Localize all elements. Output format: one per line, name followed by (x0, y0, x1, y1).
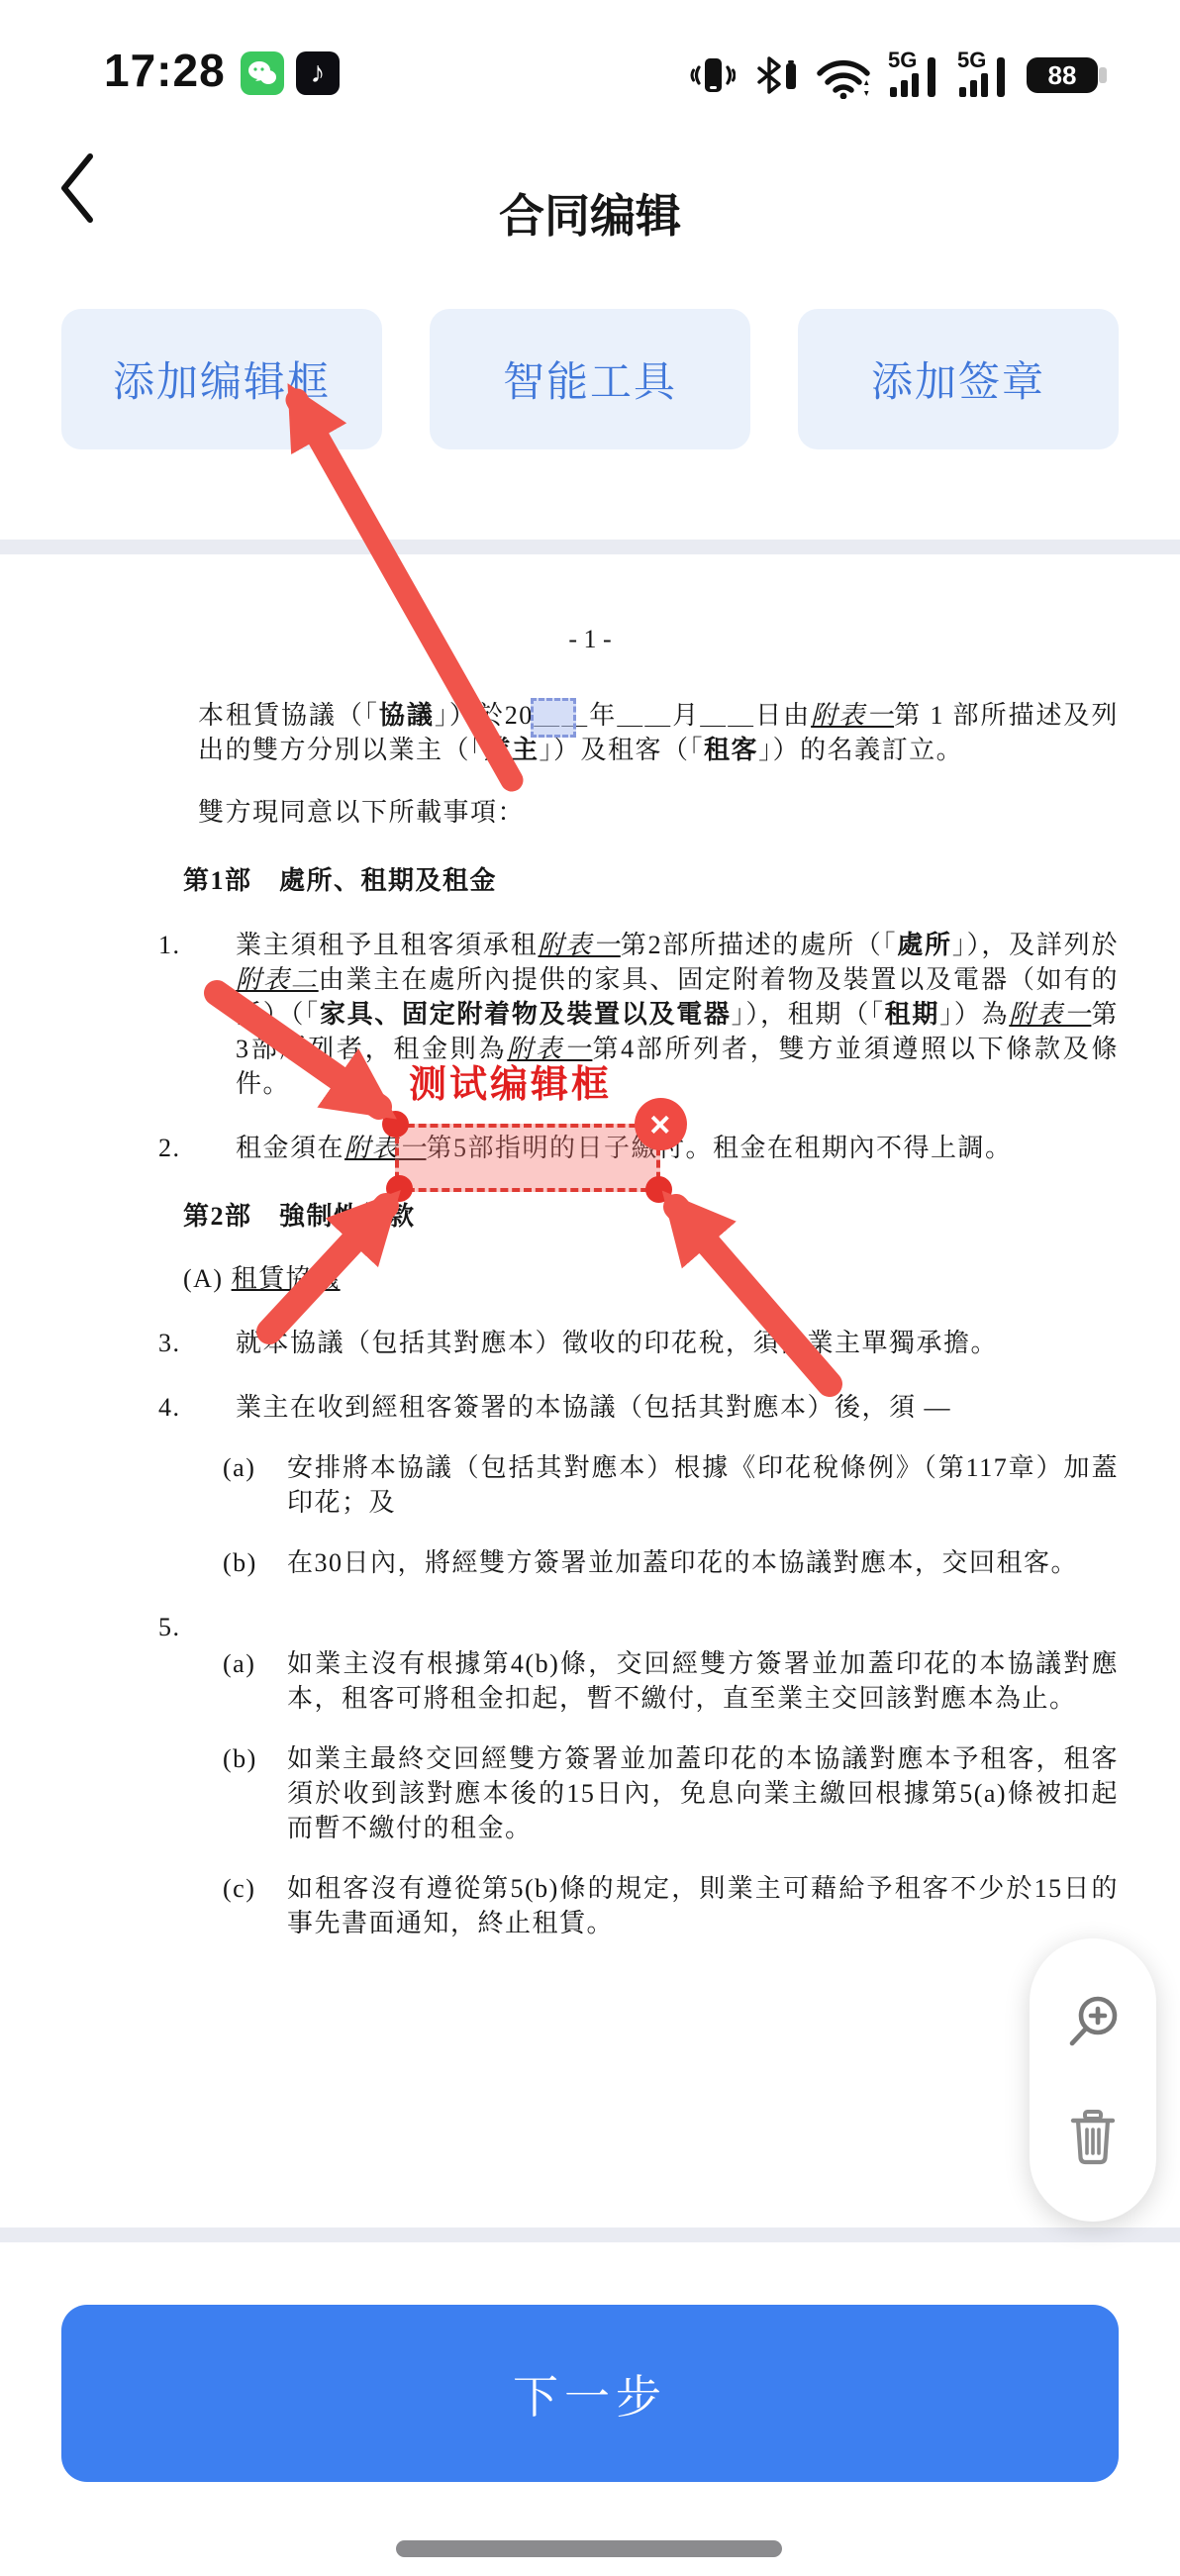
bluetooth-icon (749, 53, 799, 97)
battery-percent: 88 (1048, 60, 1077, 91)
doc-text-segment: 」），租期（「 (732, 1000, 885, 1029)
doc-paragraph: 5. (158, 1610, 1119, 1644)
doc-paragraph: 3.就本協議（包括其對應本）徵收的印花稅，須由業主單獨承擔。 (158, 1326, 1119, 1360)
status-bar: 17:28 ♪ (0, 0, 1180, 109)
doc-text-segment: 附表一 (1009, 1000, 1091, 1029)
smart-tools-button[interactable]: 智能工具 (430, 309, 750, 449)
editbox-handle-bottom-right[interactable] (645, 1176, 672, 1203)
doc-text-segment: 附表一 (538, 931, 620, 959)
doc-text-segment: 附表一 (507, 1035, 592, 1063)
doc-text-segment: 如業主最終交回經雙方簽署並加蓋印花的本協議對應本予租客，租客須於收到該對應本後的… (287, 1744, 1119, 1842)
doc-text-segment: 業主須租予且租客須承租 (236, 931, 538, 959)
doc-text-segment: 雙方現同意以下所載事項： (198, 798, 525, 827)
wifi-icon (813, 51, 874, 99)
doc-list-marker: (b) (223, 1741, 257, 1776)
zoom-in-icon[interactable] (1061, 1991, 1125, 2054)
doc-text-segment: - 1 - (568, 625, 611, 653)
doc-text-segment: 第2部 強制性條款 (183, 1202, 416, 1231)
editbox-label: 测试编辑框 (409, 1068, 612, 1103)
doc-paragraph: 4.業主在收到經租客簽署的本協議（包括其對應本）後，須 — (158, 1390, 1119, 1425)
doc-paragraph: (b)在30日內，將經雙方簽署並加蓋印花的本協議對應本，交回租客。 (158, 1545, 1119, 1580)
doc-text-segment: 如租客沒有遵從第5(b)條的規定，則業主可藉給予租客不少於15日的事先書面通知，… (287, 1874, 1119, 1937)
wechat-icon (241, 51, 284, 95)
doc-list-marker: 5. (158, 1610, 181, 1644)
doc-text-segment: 年＿＿月＿＿日由 (589, 701, 811, 730)
doc-text-segment: 附表二 (236, 965, 319, 994)
editbox-close-icon[interactable]: × (635, 1098, 687, 1150)
doc-text-segment: 」）的名義訂立。 (758, 736, 963, 764)
contract-edit-screen: 17:28 ♪ (0, 0, 1180, 2576)
doc-paragraph: (a)安排將本協議（包括其對應本）根據《印花稅條例》（第117章）加蓋印花；及 (158, 1450, 1119, 1520)
doc-list-marker: 2. (158, 1131, 181, 1165)
doc-text-segment: 家具、固定附着物及裝置以及電器 (320, 1000, 732, 1029)
doc-text-segment: 業主 (485, 736, 540, 764)
vibrate-icon (690, 53, 736, 97)
nav-header: 合同编辑 (0, 139, 1180, 287)
next-step-button[interactable]: 下一步 (61, 2305, 1119, 2482)
doc-list-marker: (b) (223, 1545, 257, 1580)
document-text: - 1 -本租賃協議（「協議」）於20＿＿年＿＿月＿＿日由附表一第 1 部所描述… (158, 622, 1119, 1940)
editbox-handle-bottom-left[interactable] (386, 1175, 413, 1202)
doc-paragraph: 雙方現同意以下所載事項： (198, 795, 1119, 830)
doc-list-marker: (c) (223, 1871, 255, 1906)
trash-icon[interactable] (1061, 2106, 1125, 2169)
doc-text-segment: 」）於20 (435, 701, 534, 730)
doc-text-segment: 第1部 處所、租期及租金 (183, 866, 497, 895)
doc-text-segment: 本租賃協議（「 (198, 701, 379, 730)
doc-paragraph: (b)如業主最終交回經雙方簽署並加蓋印花的本協議對應本予租客，租客須於收到該對應… (158, 1741, 1119, 1845)
date-field-editbox[interactable] (531, 698, 576, 738)
doc-text-segment: 就本協議（包括其對應本）徵收的印花稅，須由業主單獨承擔。 (236, 1329, 998, 1357)
doc-text-segment: 」），及詳列於 (952, 931, 1119, 959)
separator-band-bottom (0, 2228, 1180, 2242)
toolbar: 添加编辑框 智能工具 添加签章 (0, 309, 1180, 449)
doc-list-marker: (a) (223, 1450, 255, 1485)
doc-paragraph: (A) 租賃協議 (183, 1261, 1119, 1296)
doc-paragraph: - 1 - (61, 622, 1119, 656)
doc-paragraph: (a)如業主沒有根據第4(b)條，交回經雙方簽署並加蓋印花的本協議對應本，租客可… (158, 1646, 1119, 1716)
notification-app-icons: ♪ (241, 51, 340, 95)
battery-icon: 88 (1027, 55, 1107, 95)
doc-paragraph: 第2部 強制性條款 (183, 1199, 1119, 1234)
doc-paragraph: (c)如租客沒有遵從第5(b)條的規定，則業主可藉給予租客不少於15日的事先書面… (158, 1871, 1119, 1940)
network-type-label: 5G (957, 50, 986, 72)
status-icons: 5G 5G 88 (690, 50, 1107, 101)
doc-text-segment: (A) (183, 1264, 232, 1293)
doc-text-segment: 租金須在 (236, 1134, 344, 1162)
doc-text-segment: 租賃協議 (232, 1264, 341, 1293)
editbox-handle-top-left[interactable] (382, 1111, 409, 1138)
doc-text-segment: 第2部所描述的處所（「 (621, 931, 897, 959)
clock: 17:28 (104, 44, 226, 97)
tiktok-icon: ♪ (296, 51, 340, 95)
doc-text-segment: 租客 (704, 736, 758, 764)
doc-list-marker: (a) (223, 1646, 255, 1681)
doc-text-segment: 」）為 (939, 1000, 1009, 1029)
doc-text-segment: 附表一 (811, 701, 894, 730)
home-indicator[interactable] (396, 2540, 782, 2557)
page-title: 合同编辑 (0, 180, 1180, 246)
network-type-label: 5G (888, 50, 917, 72)
doc-text-segment: 業主在收到經租客簽署的本協議（包括其對應本）後，須 — (236, 1393, 951, 1422)
battery-nub (1099, 67, 1107, 83)
doc-list-marker: 4. (158, 1390, 181, 1425)
doc-paragraph: 1.業主須租予且租客須承租附表一第2部所描述的處所（「處所」），及詳列於附表二由… (158, 928, 1119, 1101)
add-editbox-button[interactable]: 添加编辑框 (61, 309, 382, 449)
doc-paragraph: 本租賃協議（「協議」）於20＿＿年＿＿月＿＿日由附表一第 1 部所描述及列出的雙… (198, 698, 1119, 767)
wechat-bubbles (247, 59, 277, 87)
doc-text-segment: 」）及租客（「 (540, 736, 705, 764)
doc-text-segment: 如業主沒有根據第4(b)條，交回經雙方簽署並加蓋印花的本協議對應本，租客可將租金… (287, 1649, 1119, 1713)
doc-paragraph: 第1部 處所、租期及租金 (183, 863, 1119, 898)
doc-text-segment: 協議 (379, 701, 435, 730)
doc-text-segment: 安排將本協議（包括其對應本）根據《印花稅條例》（第117章）加蓋印花；及 (287, 1453, 1119, 1517)
contract-document-page[interactable]: - 1 -本租賃協議（「協議」）於20＿＿年＿＿月＿＿日由附表一第 1 部所描述… (0, 554, 1180, 2228)
doc-list-marker: 1. (158, 928, 181, 962)
signal-5g-icon: 5G (888, 50, 943, 101)
add-signature-button[interactable]: 添加签章 (798, 309, 1119, 449)
signal-5g-icon: 5G (957, 50, 1013, 101)
separator-band-top (0, 540, 1180, 554)
floating-tool-pill (1030, 1938, 1156, 2222)
doc-text-segment: 租期 (885, 1000, 939, 1029)
doc-text-segment: 處所 (897, 931, 952, 959)
doc-text-segment: 在30日內，將經雙方簽署並加蓋印花的本協議對應本，交回租客。 (287, 1548, 1078, 1577)
doc-list-marker: 3. (158, 1326, 181, 1360)
test-editbox[interactable] (395, 1124, 660, 1192)
